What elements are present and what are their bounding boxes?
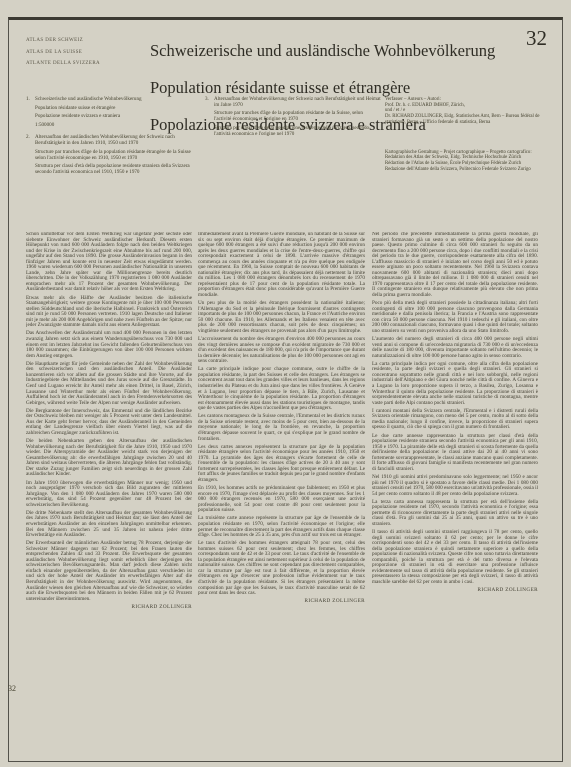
- plate-number: 32: [526, 26, 547, 51]
- brand-line: ATLANTE DELLA SVIZZERA: [26, 61, 146, 68]
- body-paragraph-it: Le due carte annesse rappresentano la st…: [372, 434, 538, 473]
- legend-text-it: Struttura per classi d'età della popolaz…: [214, 126, 381, 138]
- credits-block: Verfasser – Auteurs – Autori: Prof. Dr. …: [385, 97, 547, 172]
- legend-item-1: 1. Schweizerische und ausländische Wohnb…: [26, 97, 193, 128]
- authors-lines: Prof. Dr. h. c. EDUARD IMHOF, Zürich,und…: [385, 103, 547, 126]
- body-paragraph-it: La terza carta annessa rappresenta la st…: [372, 500, 538, 528]
- legend-item-number: 1.: [26, 97, 30, 103]
- body-paragraph-it: Nel 1910 gli uomini attivi predominavano…: [372, 475, 538, 497]
- body-paragraph-it: La carta principale indica per ogni comu…: [372, 362, 538, 406]
- body-paragraph-fr: La troisième carte annexe représente la …: [198, 516, 365, 538]
- scanned-atlas-page: { "header": { "brand_lines": ["ATLAS DER…: [0, 0, 571, 767]
- french-paragraphs: Immédiatement avant la Première Guerre m…: [198, 232, 365, 597]
- legend-item-number: 2.: [26, 135, 30, 141]
- body-paragraph-de: Schon unmittelbar vor dem Ersten Weltkri…: [26, 232, 192, 293]
- author-signature: RICHARD ZOLLINGER: [26, 605, 192, 611]
- margin-page-number: 32: [8, 684, 16, 693]
- legend-item-3: 3. Altersaufbau der Wohnbevölkerung der …: [205, 97, 381, 138]
- legend-text-fr: Structure par tranches d'âge de la popul…: [35, 150, 193, 162]
- legend-text-de: Schweizerische und ausländische Wohnbevö…: [35, 97, 193, 103]
- body-paragraph-it: L'aumento del numero degli stranieri di …: [372, 337, 538, 359]
- body-paragraph-fr: En 1910, les hommes actifs ne prédominai…: [198, 486, 365, 514]
- legend-text-fr: Population résidante suisse et étrangère: [35, 106, 193, 112]
- body-paragraph-fr: La carte principale indique pour chaque …: [198, 367, 365, 411]
- body-column-french: Immédiatement avant la Première Guerre m…: [198, 232, 365, 710]
- body-paragraph-it: Poco più della metà degli stranieri poss…: [372, 301, 538, 334]
- body-paragraph-fr: L'accroissement du nombre des étrangers …: [198, 337, 365, 365]
- body-paragraph-de: Die Bergkantone der Innerschweiz, das Em…: [26, 409, 192, 437]
- body-paragraph-fr: Les deux cartes annexes représentent la …: [198, 445, 365, 484]
- body-paragraph-de: Die dritte Nebenkarte stellt den Altersa…: [26, 511, 192, 539]
- body-paragraph-de: Das Anschwellen der Ausländerzahl um run…: [26, 331, 192, 359]
- body-paragraph-de: Die beiden Nebenkarten geben den Altersa…: [26, 439, 192, 478]
- body-paragraph-fr: Immédiatement avant la Première Guerre m…: [198, 232, 365, 299]
- page-background: ATLAS DER SCHWEIZATLAS DE LA SUISSEATLAN…: [0, 0, 571, 767]
- body-paragraph-it: I cantoni montani della Svizzera central…: [372, 409, 538, 431]
- body-paragraph-fr: Un peu plus de la moitié des étrangers p…: [198, 301, 365, 334]
- map-scale: 1:500000: [35, 123, 193, 129]
- legend-text-de: Altersaufbau der Wohnbevölkerung der Sch…: [214, 97, 381, 109]
- legend-item-number: 3.: [205, 97, 209, 103]
- body-paragraph-de: Etwas mehr als die Hälfte der Ausländer …: [26, 296, 192, 329]
- legend-text-it: Popolazione residente svizzera e stranie…: [35, 114, 193, 120]
- legend-text-it: Struttura per classi d'età della popolaz…: [35, 164, 193, 176]
- body-paragraph-it: Il tasso di attività degli uomini strani…: [372, 530, 538, 585]
- italian-paragraphs: Nel periodo che precedette immediatament…: [372, 232, 538, 586]
- legend-block-middle: 3. Altersaufbau der Wohnbevölkerung der …: [205, 97, 381, 145]
- body-paragraph-de: Der Erwerbsanteil der männlichen Ausländ…: [26, 541, 192, 602]
- body-column-german: Schon unmittelbar vor dem Ersten Weltkri…: [26, 232, 192, 710]
- author-signature: RICHARD ZOLLINGER: [198, 599, 365, 605]
- body-paragraph-de: Im Jahre 1910 überwogen die erwerbstätig…: [26, 481, 192, 509]
- title-line: Schweizerische und ausländische Wohnbevö…: [150, 41, 522, 62]
- brand-line: ATLAS DER SCHWEIZ: [26, 38, 146, 45]
- german-paragraphs: Schon unmittelbar vor dem Ersten Weltkri…: [26, 232, 192, 602]
- legend-block-left: 1. Schweizerische und ausländische Wohnb…: [26, 97, 193, 183]
- author-line: Dr. RICHARD ZOLLINGER, Eidg. Statistisch…: [385, 114, 547, 125]
- credits-gap: [385, 126, 547, 150]
- body-paragraph-it: Nel periodo che precedette immediatament…: [372, 232, 538, 299]
- body-paragraph-fr: Le taux d'activité des hommes étrangers …: [198, 541, 365, 596]
- cartography-lines: Redaktion des Atlas der Schweiz, Eidg. T…: [385, 155, 547, 172]
- author-signature: RICHARD ZOLLINGER: [372, 588, 538, 594]
- body-column-italian: Nel periodo che precedette immediatament…: [372, 232, 538, 710]
- brand-line: ATLAS DE LA SUISSE: [26, 50, 146, 57]
- legend-text-de: Altersaufbau der ausländischen Wohnbevöl…: [35, 135, 193, 147]
- legend-text-fr: Structure par tranches d'âge de la popul…: [214, 111, 381, 123]
- body-paragraph-fr: Les cantons montagneux de la Suisse cent…: [198, 414, 365, 442]
- cartography-line: Redazione dell'Atlante della Svizzera, P…: [385, 167, 547, 173]
- atlas-brand: ATLAS DER SCHWEIZATLAS DE LA SUISSEATLAN…: [26, 33, 146, 73]
- body-paragraph-de: Die Hauptkarte zeigt für jede Gemeinde n…: [26, 362, 192, 406]
- legend-item-2: 2. Altersaufbau der ausländischen Wohnbe…: [26, 135, 193, 176]
